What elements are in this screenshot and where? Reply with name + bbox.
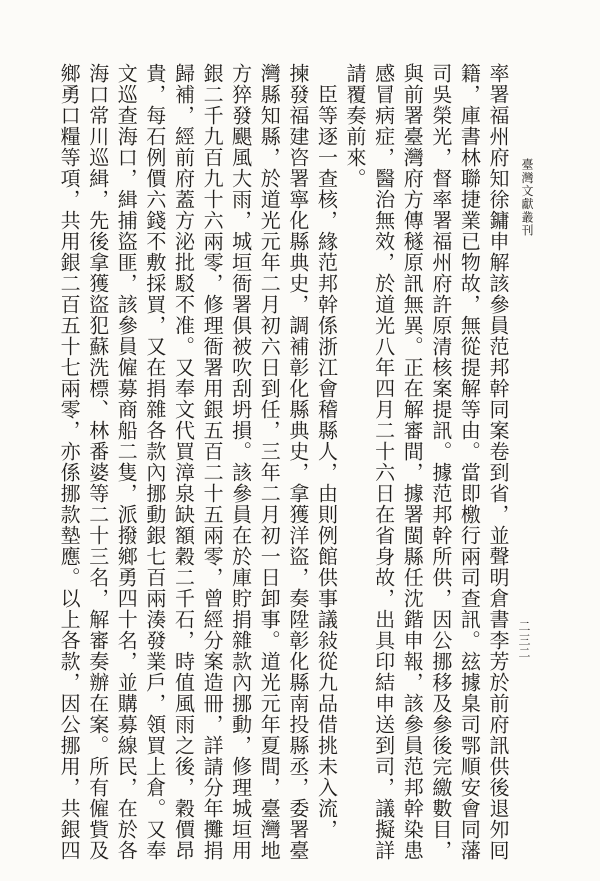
running-title: 臺灣文獻叢刊 [519,158,536,237]
text-column-2: 籍，庫書林聯捷業已物故，無從提解等由。當即檄行兩司查訊。玆據臬司鄂順安會同藩 [455,63,484,863]
page-number: 二三二 [516,620,533,660]
text-column-8: 揀發福建咨署寧化縣典史，調補彰化縣典史，拿獲洋盜，奏陞彰化縣南投縣丞，委署臺 [283,63,312,863]
text-column-14: 文巡查海口，緝捕盜匪，該參員僱募商船二隻，派撥鄉勇四十名，並購募線民，在於各 [112,63,141,863]
text-column-12: 歸補，經前府蓋方泌批駁不准。又奉文代買漳泉缺額穀二千石，時值風雨之後，穀價昂 [169,63,198,863]
text-column-3: 司吳榮光，督率署福州府許原清核案提訊。據范邦幹所供，因公挪移及參後完繳數目， [426,63,455,863]
text-column-9: 灣縣知縣，於道光元年二月初六日到任，三年二月初一日卸事。道光元年夏間，臺灣地 [255,63,284,863]
text-column-1: 率署福州府知徐鏞申解該參員范邦幹同案卷到省，並聲明倉書李芳於前府訊供後退夘囘 [483,63,512,863]
text-column-5: 感冒病症，醫治無效，於道光八年四月二十六日在省身故，出具印結申送到司，議擬詳 [369,63,398,863]
text-column-13: 貴，每石例價六錢不敷採買，又在捐雜各款內挪動銀七百兩湊發業戶，領買上倉。又奉 [140,63,169,863]
text-column-4: 與前署臺灣府方傳穟原訊無異。正在解審間，據署閩縣任沈鍇申報，該參員范邦幹染患 [398,63,427,863]
scanned-book-page: 臺灣文獻叢刊 二三二 率署福州府知徐鏞申解該參員范邦幹同案卷到省，並聲明倉書李芳… [0,0,600,881]
text-column-15: 海口常川巡緝，先後拿獲盜犯蘇洗標、林番婆等二十三名，解審奏辦在案。所有僱貲及 [83,63,112,863]
text-column-7: 臣等逐一查核，緣范邦幹係浙江會稽縣人，由則例館供事議敍從九品借挑未入流， [312,63,341,863]
text-column-6: 請覆奏前來。 [340,63,369,863]
text-column-16: 鄉勇口糧等項，共用銀二百五十七兩零，亦係挪款墊應。以上各款，因公挪用，共銀四 [55,63,84,863]
text-column-10: 方猝發颶風大雨，城垣衙署俱被吹刮坍損。該參員在於庫貯捐雜款內挪動，修理城垣用 [226,63,255,863]
text-block: 率署福州府知徐鏞申解該參員范邦幹同案卷到省，並聲明倉書李芳於前府訊供後退夘囘籍，… [55,63,513,868]
text-column-11: 銀二千九百九十六兩零，修理衙署用銀五百二十五兩零，曾經分案造冊，詳請分年攤捐 [197,63,226,863]
